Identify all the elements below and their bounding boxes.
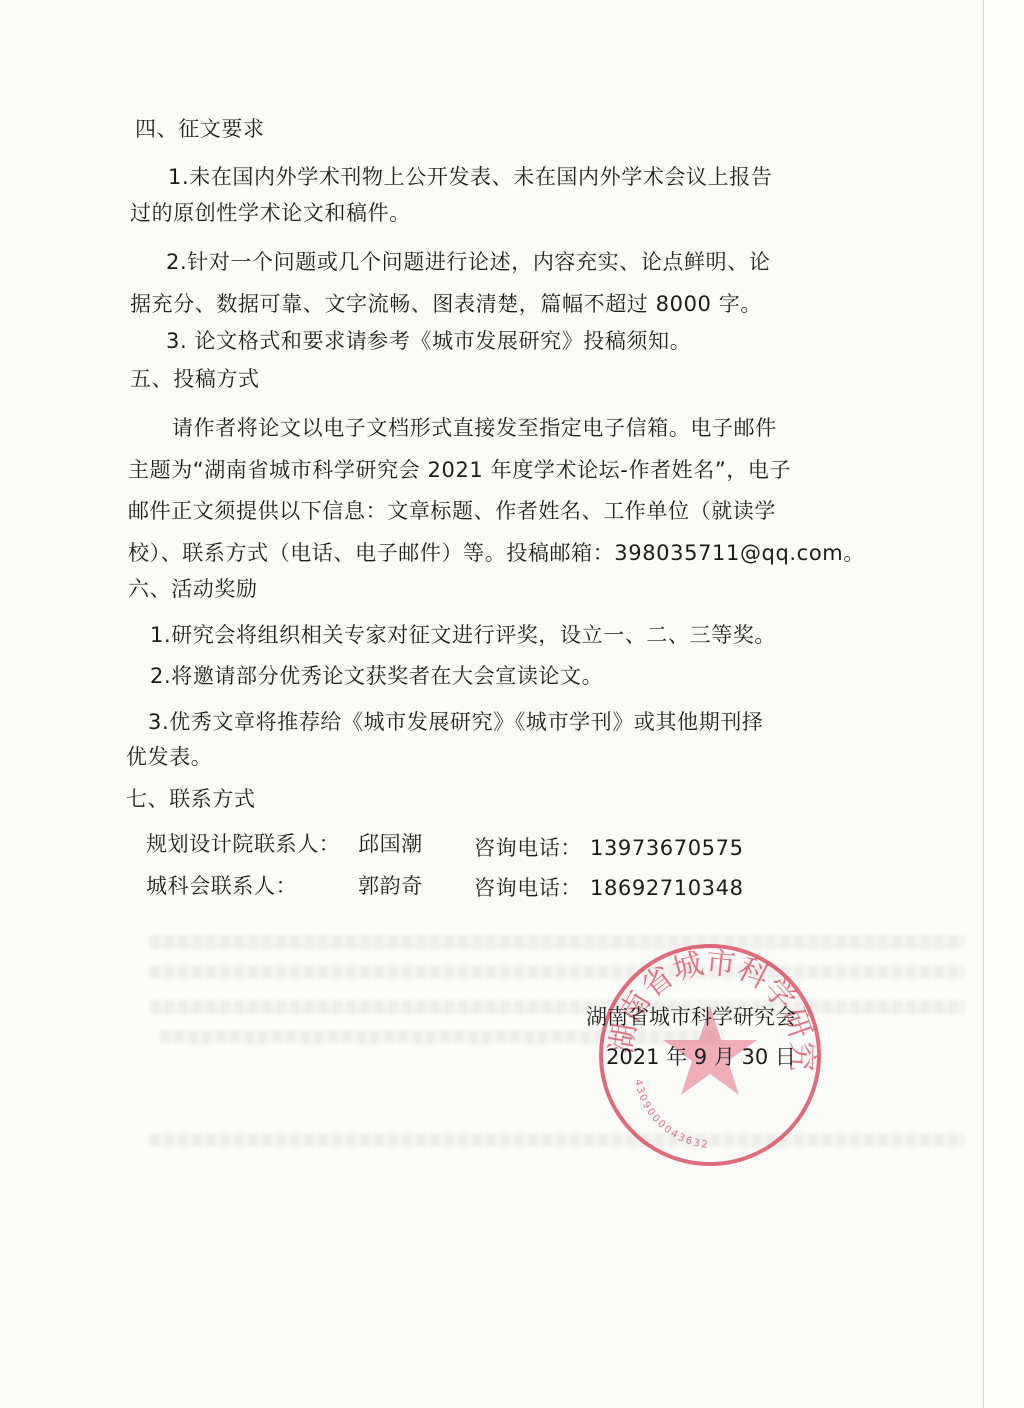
contact-phone: 13973670575 (590, 833, 744, 863)
paragraph-line: 1.未在国内外学术刊物上公开发表、未在国内外学术会议上报告 (168, 162, 772, 192)
contact-name: 郭韵奇 (358, 871, 423, 901)
bleed-through-text (150, 935, 964, 949)
section-heading-requirements: 四、征文要求 (135, 114, 265, 144)
paragraph-line: 2.将邀请部分优秀论文获奖者在大会宣读论文。 (150, 661, 603, 691)
contact-phone: 18692710348 (590, 873, 744, 903)
signature-org: 湖南省城市科学研究会 (586, 1002, 796, 1032)
paragraph-line: 过的原创性学术论文和稿件。 (130, 198, 411, 228)
contact-name: 邱国潮 (358, 829, 423, 859)
paragraph-line: 优发表。 (126, 742, 212, 772)
paragraph-line: 1.研究会将组织相关专家对征文进行评奖，设立一、二、三等奖。 (150, 620, 776, 650)
contact-phone-label: 咨询电话： (474, 833, 582, 863)
paragraph-line: 3. 论文格式和要求请参考《城市发展研究》投稿须知。 (166, 326, 691, 356)
page-edge-line (983, 0, 984, 1408)
paragraph-line: 邮件正文须提供以下信息：文章标题、作者姓名、工作单位（就读学 (128, 496, 776, 526)
paragraph-line: 3.优秀文章将推荐给《城市发展研究》《城市学刊》或其他期刊择 (148, 707, 764, 737)
signature-date: 2021 年 9 月 30 日 (606, 1042, 796, 1072)
contact-role: 城科会联系人： (146, 871, 297, 901)
paragraph-line: 据充分、数据可靠、文字流畅、图表清楚，篇幅不超过 8000 字。 (130, 289, 762, 319)
paragraph-line: 请作者将论文以电子文档形式直接发至指定电子信箱。电子邮件 (172, 413, 777, 443)
paragraph-line: 2.针对一个问题或几个问题进行论述，内容充实、论点鲜明、论 (166, 247, 770, 277)
svg-text:4309000043632: 4309000043632 (632, 1078, 710, 1151)
section-heading-contact: 七、联系方式 (126, 784, 256, 814)
bleed-through-text (150, 1000, 964, 1014)
paragraph-line: 主题为“湖南省城市科学研究会 2021 年度学术论坛-作者姓名”，电子 (128, 455, 791, 485)
page-margin (984, 0, 1024, 1408)
section-heading-submission: 五、投稿方式 (130, 364, 260, 394)
contact-phone-label: 咨询电话： (474, 873, 582, 903)
section-heading-awards: 六、活动奖励 (128, 574, 258, 604)
bleed-through-text (150, 1133, 964, 1147)
paragraph-line: 校）、联系方式（电话、电子邮件）等。投稿邮箱：398035711@qq.com。 (128, 538, 865, 568)
contact-role: 规划设计院联系人： (146, 829, 340, 859)
bleed-through-text (150, 965, 964, 979)
